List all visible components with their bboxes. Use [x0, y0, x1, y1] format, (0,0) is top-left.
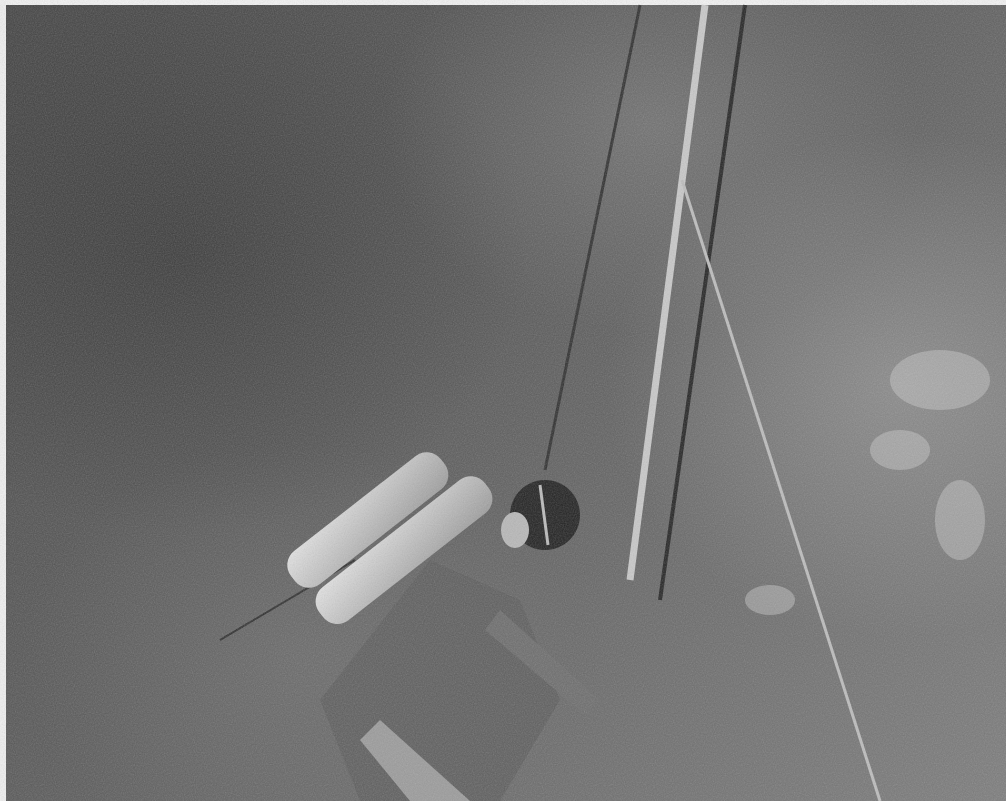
- diver-scene: [0, 0, 1006, 801]
- film-grain: [0, 0, 1006, 801]
